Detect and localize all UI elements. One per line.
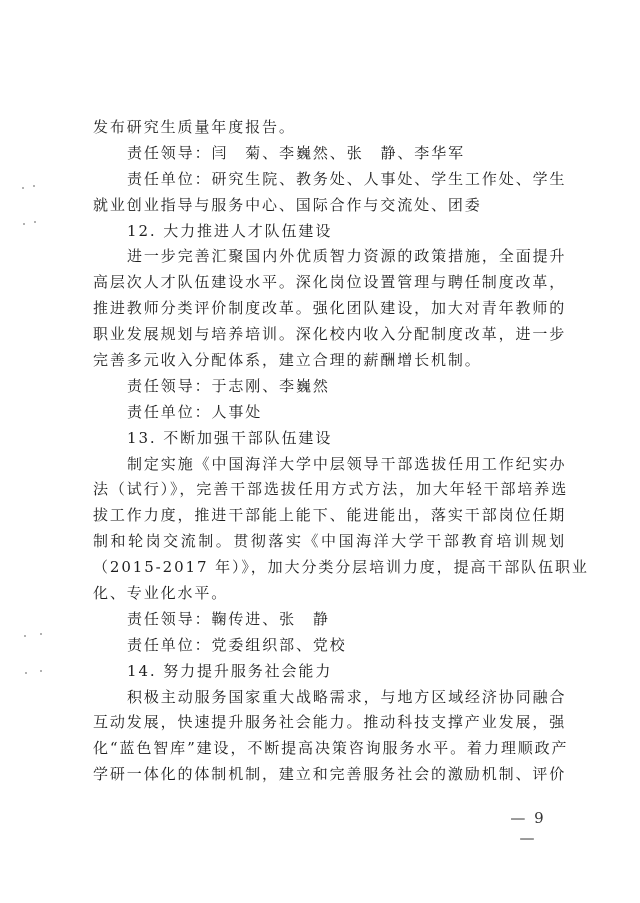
- section-heading-12: 12. 大力推进人才队伍建设: [93, 219, 573, 245]
- text-line: 进一步完善汇聚国内外优质智力资源的政策措施，全面提升: [93, 244, 566, 270]
- responsible-units-line: 责任单位：党委组织部、党校: [93, 633, 573, 659]
- text-line: 积极主动服务国家重大战略需求，与地方区域经济协同融合: [93, 685, 566, 711]
- responsible-leaders-line: 责任领导：闫 菊、李巍然、张 静、李华军: [93, 141, 573, 167]
- responsible-units-line: 责任单位：人事处: [93, 400, 573, 426]
- section-heading-13: 13. 不断加强干部队伍建设: [93, 426, 573, 452]
- scan-speck: [40, 670, 42, 672]
- responsible-leaders-line: 责任领导：鞠传进、张 静: [93, 607, 573, 633]
- scan-speck: [25, 672, 27, 674]
- text-line: 法（试行）》，完善干部选拔任用方式方法，加大年轻干部培养选: [93, 477, 566, 503]
- text-line: 制和轮岗交流制。贯彻落实《中国海洋大学干部教育培训规划: [93, 529, 566, 555]
- scan-speck: [40, 633, 42, 635]
- section-heading-14: 14. 努力提升服务社会能力: [93, 659, 573, 685]
- scan-speck: [24, 635, 26, 637]
- document-body: 发布研究生质量年度报告。 责任领导：闫 菊、李巍然、张 静、李华军 责任单位：研…: [93, 115, 573, 788]
- text-line: 高层次人才队伍建设水平。深化岗位设置管理与聘任制度改革，: [93, 270, 566, 296]
- text-line: 制定实施《中国海洋大学中层领导干部选拔任用工作纪实办: [93, 452, 566, 478]
- text-line: 就业创业指导与服务中心、国际合作与交流处、团委: [93, 193, 573, 219]
- text-line: 化“蓝色智库”建设，不断提高决策咨询服务水平。着力理顺政产: [93, 736, 566, 762]
- scan-speck: [22, 187, 24, 189]
- document-page: 发布研究生质量年度报告。 责任领导：闫 菊、李巍然、张 静、李华军 责任单位：研…: [0, 0, 640, 903]
- responsible-leaders-line: 责任领导：于志刚、李巍然: [93, 374, 573, 400]
- text-line: 职业发展规划与培养培训。深化校内收入分配制度改革，进一步: [93, 322, 566, 348]
- text-line: 完善多元收入分配体系，建立合理的薪酬增长机制。: [93, 348, 573, 374]
- scan-speck: [34, 221, 36, 223]
- page-number: — 9 —: [500, 808, 556, 848]
- text-line: 发布研究生质量年度报告。: [93, 115, 573, 141]
- responsible-units-line: 责任单位：研究生院、教务处、人事处、学生工作处、学生: [93, 167, 566, 193]
- text-line: 学研一体化的体制机制，建立和完善服务社会的激励机制、评价: [93, 762, 566, 788]
- text-line: 互动发展，快速提升服务社会能力。推动科技支撑产业发展，强: [93, 710, 566, 736]
- scan-speck: [23, 223, 25, 225]
- text-line: 化、专业化水平。: [93, 581, 573, 607]
- text-line: 推进教师分类评价制度改革。强化团队建设，加大对青年教师的: [93, 296, 566, 322]
- scan-speck: [33, 185, 35, 187]
- text-line: （2015-2017 年）》，加大分类分层培训力度，提高干部队伍职业: [93, 555, 566, 581]
- text-line: 拔工作力度，推进干部能上能下、能进能出，落实干部岗位任期: [93, 503, 566, 529]
